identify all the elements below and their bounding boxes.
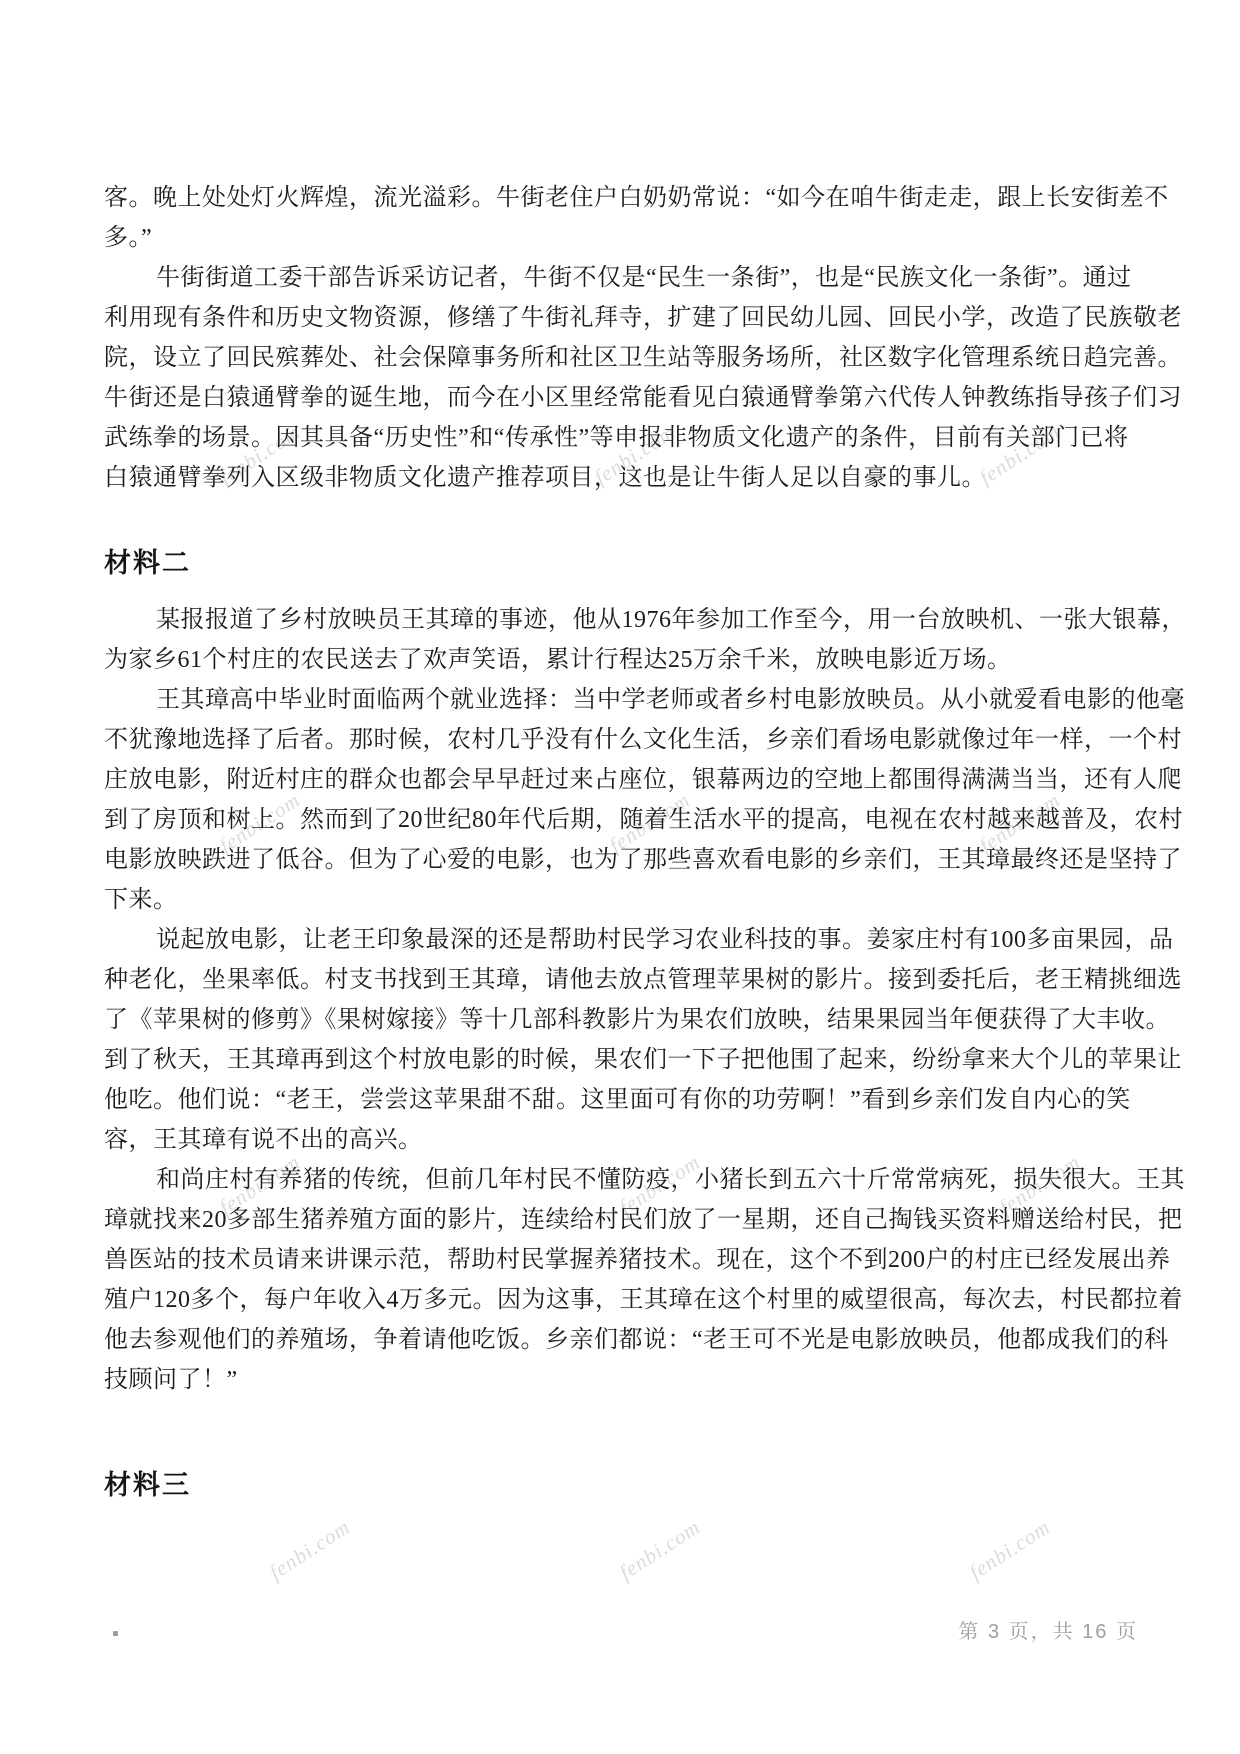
paragraph: 说起放电影，让老王印象最深的还是帮助村民学习农业科技的事。姜家庄村有100多亩果… (104, 920, 1204, 1160)
material-two-text: 某报报道了乡村放映员王其璋的事迹，他从1976年参加工作至今，用一台放映机、一张… (104, 600, 1204, 1400)
text-line: 利用现有条件和历史文物资源，修缮了牛街礼拜寺，扩建了回民幼儿园、回民小学，改造了… (104, 298, 1204, 338)
text-line: 他去参观他们的养殖场，争着请他吃饭。乡亲们都说：“老王可不光是电影放映员，他都成… (104, 1320, 1204, 1360)
text-line: 种老化，坐果率低。村支书找到王其璋，请他去放点管理苹果树的影片。接到委托后，老王… (104, 960, 1204, 1000)
text-line: 客。晚上处处灯火辉煌，流光溢彩。牛街老住户白奶奶常说：“如今在咱牛街走走，跟上长… (104, 178, 1204, 218)
text-line: 璋就找来20多部生猪养殖方面的影片，连续给村民们放了一星期，还自己掏钱买资料赠送… (104, 1200, 1204, 1240)
text-line: 庄放电影，附近村庄的群众也都会早早赶过来占座位，银幕两边的空地上都围得满满当当，… (104, 760, 1204, 800)
paragraph: 王其璋高中毕业时面临两个就业选择：当中学老师或者乡村电影放映员。从小就爱看电影的… (104, 680, 1204, 920)
text-line: 为家乡61个村庄的农民送去了欢声笑语，累计行程达25万余千米，放映电影近万场。 (104, 640, 1204, 680)
text-line: 到了房顶和树上。然而到了20世纪80年代后期，随着生活水平的提高，电视在农村越来… (104, 800, 1204, 840)
text-line: 殖户120多个，每户年收入4万多元。因为这事，王其璋在这个村里的威望很高，每次去… (104, 1280, 1204, 1320)
text-line: 多。” (104, 218, 1204, 258)
text-line: 兽医站的技术员请来讲课示范，帮助村民掌握养猪技术。现在，这个不到200户的村庄已… (104, 1240, 1204, 1280)
material-one-continuation-text: 客。晚上处处灯火辉煌，流光溢彩。牛街老住户白奶奶常说：“如今在咱牛街走走，跟上长… (104, 178, 1204, 498)
text-line: 牛街街道工委干部告诉采访记者，牛街不仅是“民生一条街”，也是“民族文化一条街”。… (104, 258, 1204, 298)
text-line: 武练拳的场景。因其具备“历史性”和“传承性”等申报非物质文化遗产的条件，目前有关… (104, 418, 1204, 458)
paragraph: 牛街街道工委干部告诉采访记者，牛街不仅是“民生一条街”，也是“民族文化一条街”。… (104, 258, 1204, 498)
text-line: 到了秋天，王其璋再到这个村放电影的时候，果农们一下子把他围了起来，纷纷拿来大个儿… (104, 1040, 1204, 1080)
text-line: 白猿通臂拳列入区级非物质文化遗产推荐项目，这也是让牛街人足以自豪的事儿。 (104, 458, 1204, 498)
text-line: 某报报道了乡村放映员王其璋的事迹，他从1976年参加工作至今，用一台放映机、一张… (104, 600, 1204, 640)
text-line: 王其璋高中毕业时面临两个就业选择：当中学老师或者乡村电影放映员。从小就爱看电影的… (104, 680, 1204, 720)
page-content: 客。晚上处处灯火辉煌，流光溢彩。牛街老住户白奶奶常说：“如今在咱牛街走走，跟上长… (104, 0, 1204, 1754)
text-line: 了《苹果树的修剪》《果树嫁接》等十几部科教影片为果农们放映，结果果园当年便获得了… (104, 1000, 1204, 1040)
paragraph: 和尚庄村有养猪的传统，但前几年村民不懂防疫，小猪长到五六十斤常常病死，损失很大。… (104, 1160, 1204, 1400)
text-line: 电影放映跌进了低谷。但为了心爱的电影，也为了那些喜欢看电影的乡亲们，王其璋最终还… (104, 840, 1204, 880)
text-line: 不犹豫地选择了后者。那时候，农村几乎没有什么文化生活，乡亲们看场电影就像过年一样… (104, 720, 1204, 760)
text-line: 容，王其璋有说不出的高兴。 (104, 1120, 1204, 1160)
page-corner-dot (113, 1631, 118, 1636)
text-line: 和尚庄村有养猪的传统，但前几年村民不懂防疫，小猪长到五六十斤常常病死，损失很大。… (104, 1160, 1204, 1200)
text-line: 他吃。他们说：“老王，尝尝这苹果甜不甜。这里面可有你的功劳啊！”看到乡亲们发自内… (104, 1080, 1204, 1120)
text-line: 技顾问了！” (104, 1360, 1204, 1400)
text-line: 说起放电影，让老王印象最深的还是帮助村民学习农业科技的事。姜家庄村有100多亩果… (104, 920, 1204, 960)
material-two-heading: 材料二 (104, 547, 191, 579)
text-line: 牛街还是白猿通臂拳的诞生地，而今在小区里经常能看见白猿通臂拳第六代传人钟教练指导… (104, 378, 1204, 418)
paragraph: 某报报道了乡村放映员王其璋的事迹，他从1976年参加工作至今，用一台放映机、一张… (104, 600, 1204, 680)
page-number-footer: 第 3 页，共 16 页 (958, 1620, 1138, 1644)
document-page: fenbi.comfenbi.comfenbi.comfenbi.comfenb… (0, 0, 1240, 1754)
paragraph: 客。晚上处处灯火辉煌，流光溢彩。牛街老住户白奶奶常说：“如今在咱牛街走走，跟上长… (104, 178, 1204, 258)
text-line: 下来。 (104, 880, 1204, 920)
material-three-heading: 材料三 (104, 1469, 191, 1501)
text-line: 院，设立了回民殡葬处、社会保障事务所和社区卫生站等服务场所，社区数字化管理系统日… (104, 338, 1204, 378)
